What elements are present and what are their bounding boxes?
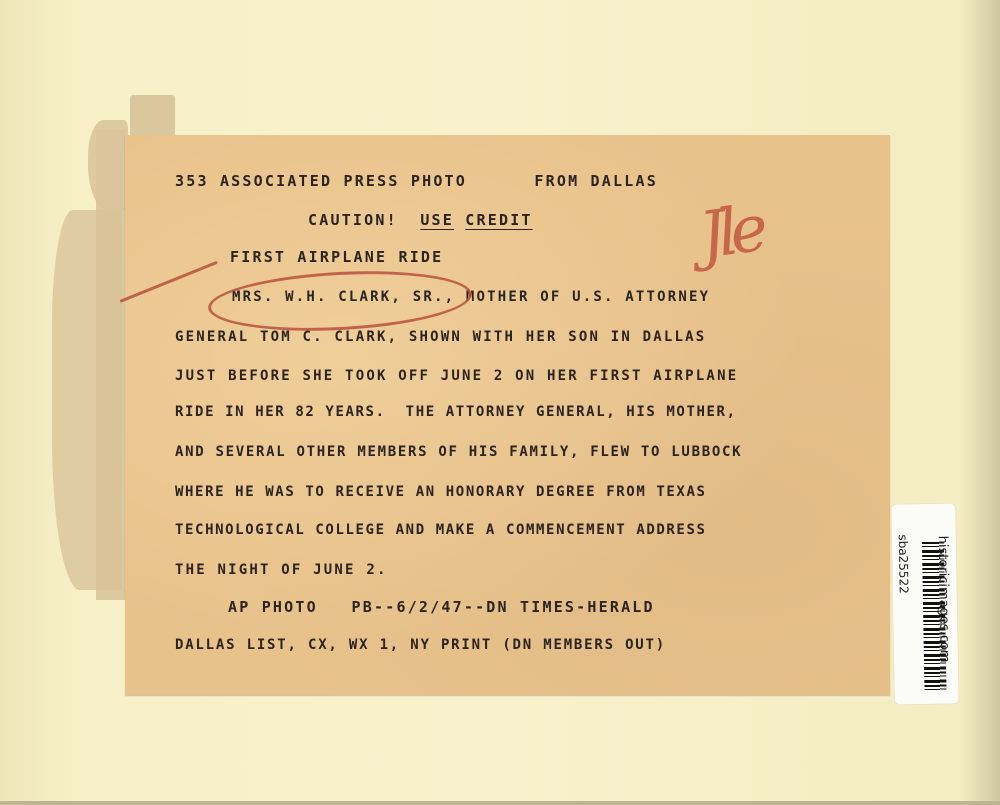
label-id: sba25522 <box>896 534 911 594</box>
credit-line: AP PHOTO PB--6/2/47--DN TIMES-HERALD <box>228 598 655 616</box>
handwritten-mark: Jle <box>695 192 765 274</box>
body-line: THE NIGHT OF JUNE 2. <box>175 562 388 578</box>
caution-text: CAUTION! <box>308 211 398 229</box>
glue-stain <box>130 95 175 140</box>
body-line: TECHNOLOGICAL COLLEGE AND MAKE A COMMENC… <box>175 522 707 538</box>
glue-stain <box>88 120 128 210</box>
barcode-label: historicimages.com sba25522 <box>891 503 958 704</box>
use-text: USE <box>420 211 454 229</box>
header-line: 353 ASSOCIATED PRESS PHOTO FROM DALLAS <box>175 172 658 190</box>
caution-line: CAUTION! USE CREDIT <box>308 211 533 229</box>
mount-edge <box>0 801 1000 805</box>
body-line: JUST BEFORE SHE TOOK OFF JUNE 2 ON HER F… <box>175 368 738 384</box>
credit-text: CREDIT <box>465 211 532 229</box>
clipping-number: 353 <box>175 172 209 190</box>
label-site: historicimages.com <box>935 536 952 663</box>
body-line: GENERAL TOM C. CLARK, SHOWN WITH HER SON… <box>175 329 706 345</box>
distribution-line: DALLAS LIST, CX, WX 1, NY PRINT (DN MEMB… <box>175 637 666 653</box>
headline: FIRST AIRPLANE RIDE <box>230 248 443 266</box>
origin: FROM DALLAS <box>534 172 658 190</box>
agency-name: ASSOCIATED PRESS PHOTO <box>220 172 467 190</box>
body-line: AND SEVERAL OTHER MEMBERS OF HIS FAMILY,… <box>175 444 742 460</box>
body-line: RIDE IN HER 82 YEARS. THE ATTORNEY GENER… <box>175 404 737 420</box>
body-line: WHERE HE WAS TO RECEIVE AN HONORARY DEGR… <box>175 484 707 500</box>
